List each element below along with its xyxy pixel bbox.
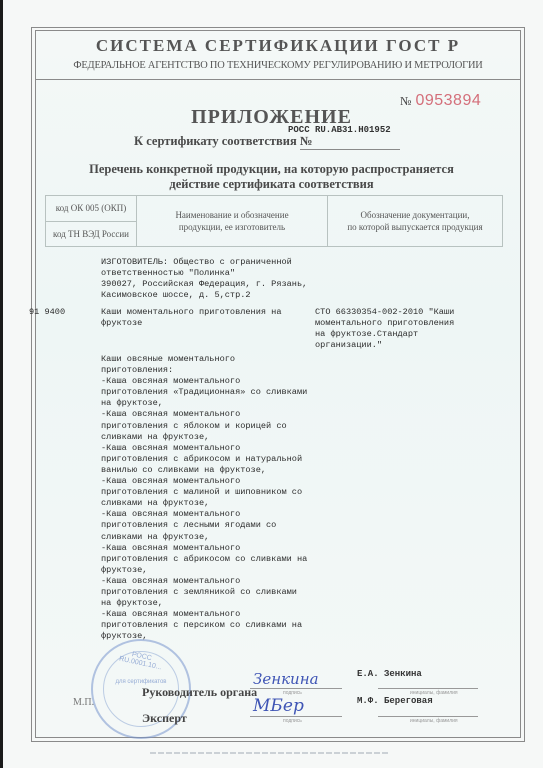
- column-header-table: код ОК 005 (ОКП) Наименование и обозначе…: [45, 195, 503, 247]
- agency-name: ФЕДЕРАЛЬНОЕ АГЕНТСТВО ПО ТЕХНИЧЕСКОМУ РЕ…: [36, 60, 520, 71]
- certificate-number-line: [300, 149, 400, 150]
- expert-signature-line: [250, 716, 342, 717]
- printer-footer: [150, 752, 390, 755]
- expert-signature-caption: подпись: [283, 718, 302, 724]
- head-signature-line: [250, 688, 342, 689]
- seal-label: М.П.: [73, 697, 94, 708]
- list-title: Перечень конкретной продукции, на котору…: [0, 162, 543, 192]
- expert-name-caption: инициалы, фамилия: [410, 718, 458, 724]
- head-name-line: [378, 688, 478, 689]
- col-product-header-line1: Наименование и обозначение: [139, 209, 325, 221]
- col-tnved-header: код ТН ВЭД России: [46, 221, 137, 247]
- col-docs-header-line2: по которой выпускается продукция: [330, 221, 500, 233]
- col-product-header-line2: продукции, ее изготовитель: [139, 221, 325, 233]
- product-name: Каши моментального приготовления на фрук…: [101, 307, 282, 329]
- col-docs-header: Обозначение документации, по которой вып…: [328, 196, 503, 247]
- list-title-line1: Перечень конкретной продукции, на котору…: [0, 162, 543, 177]
- manufacturer-info: ИЗГОТОВИТЕЛЬ: Общество с ограниченной от…: [101, 257, 307, 301]
- col-docs-header-line1: Обозначение документации,: [330, 209, 500, 221]
- col-okp-header: код ОК 005 (ОКП): [46, 196, 137, 222]
- document-reference: СТО 66330354-002-2010 "Каши моментальног…: [315, 307, 454, 351]
- okp-code: 91 9400: [29, 307, 65, 318]
- expert-signature: МБер: [253, 696, 304, 716]
- system-title: СИСТЕМА СЕРТИФИКАЦИИ ГОСТ Р: [36, 36, 520, 56]
- expert-name: М.Ф. Береговая: [357, 696, 433, 706]
- header-divider: [36, 79, 520, 80]
- stamp-number: РОСС RU.0001.10...: [112, 647, 170, 672]
- col-product-header: Наименование и обозначение продукции, ее…: [137, 196, 328, 247]
- head-role-label: Руководитель органа: [142, 685, 257, 700]
- certificate-label: К сертификату соответствия №: [134, 134, 312, 149]
- appendix-title: ПРИЛОЖЕНИЕ: [0, 106, 543, 129]
- expert-role-label: Эксперт: [142, 711, 187, 726]
- head-name: Е.А. Зенкина: [357, 669, 422, 679]
- head-signature: Зенкина: [253, 670, 319, 688]
- expert-name-line: [378, 716, 478, 717]
- product-list: Каши овсяные моментального приготовления…: [101, 354, 307, 642]
- list-title-line2: действие сертификата соответствия: [0, 177, 543, 192]
